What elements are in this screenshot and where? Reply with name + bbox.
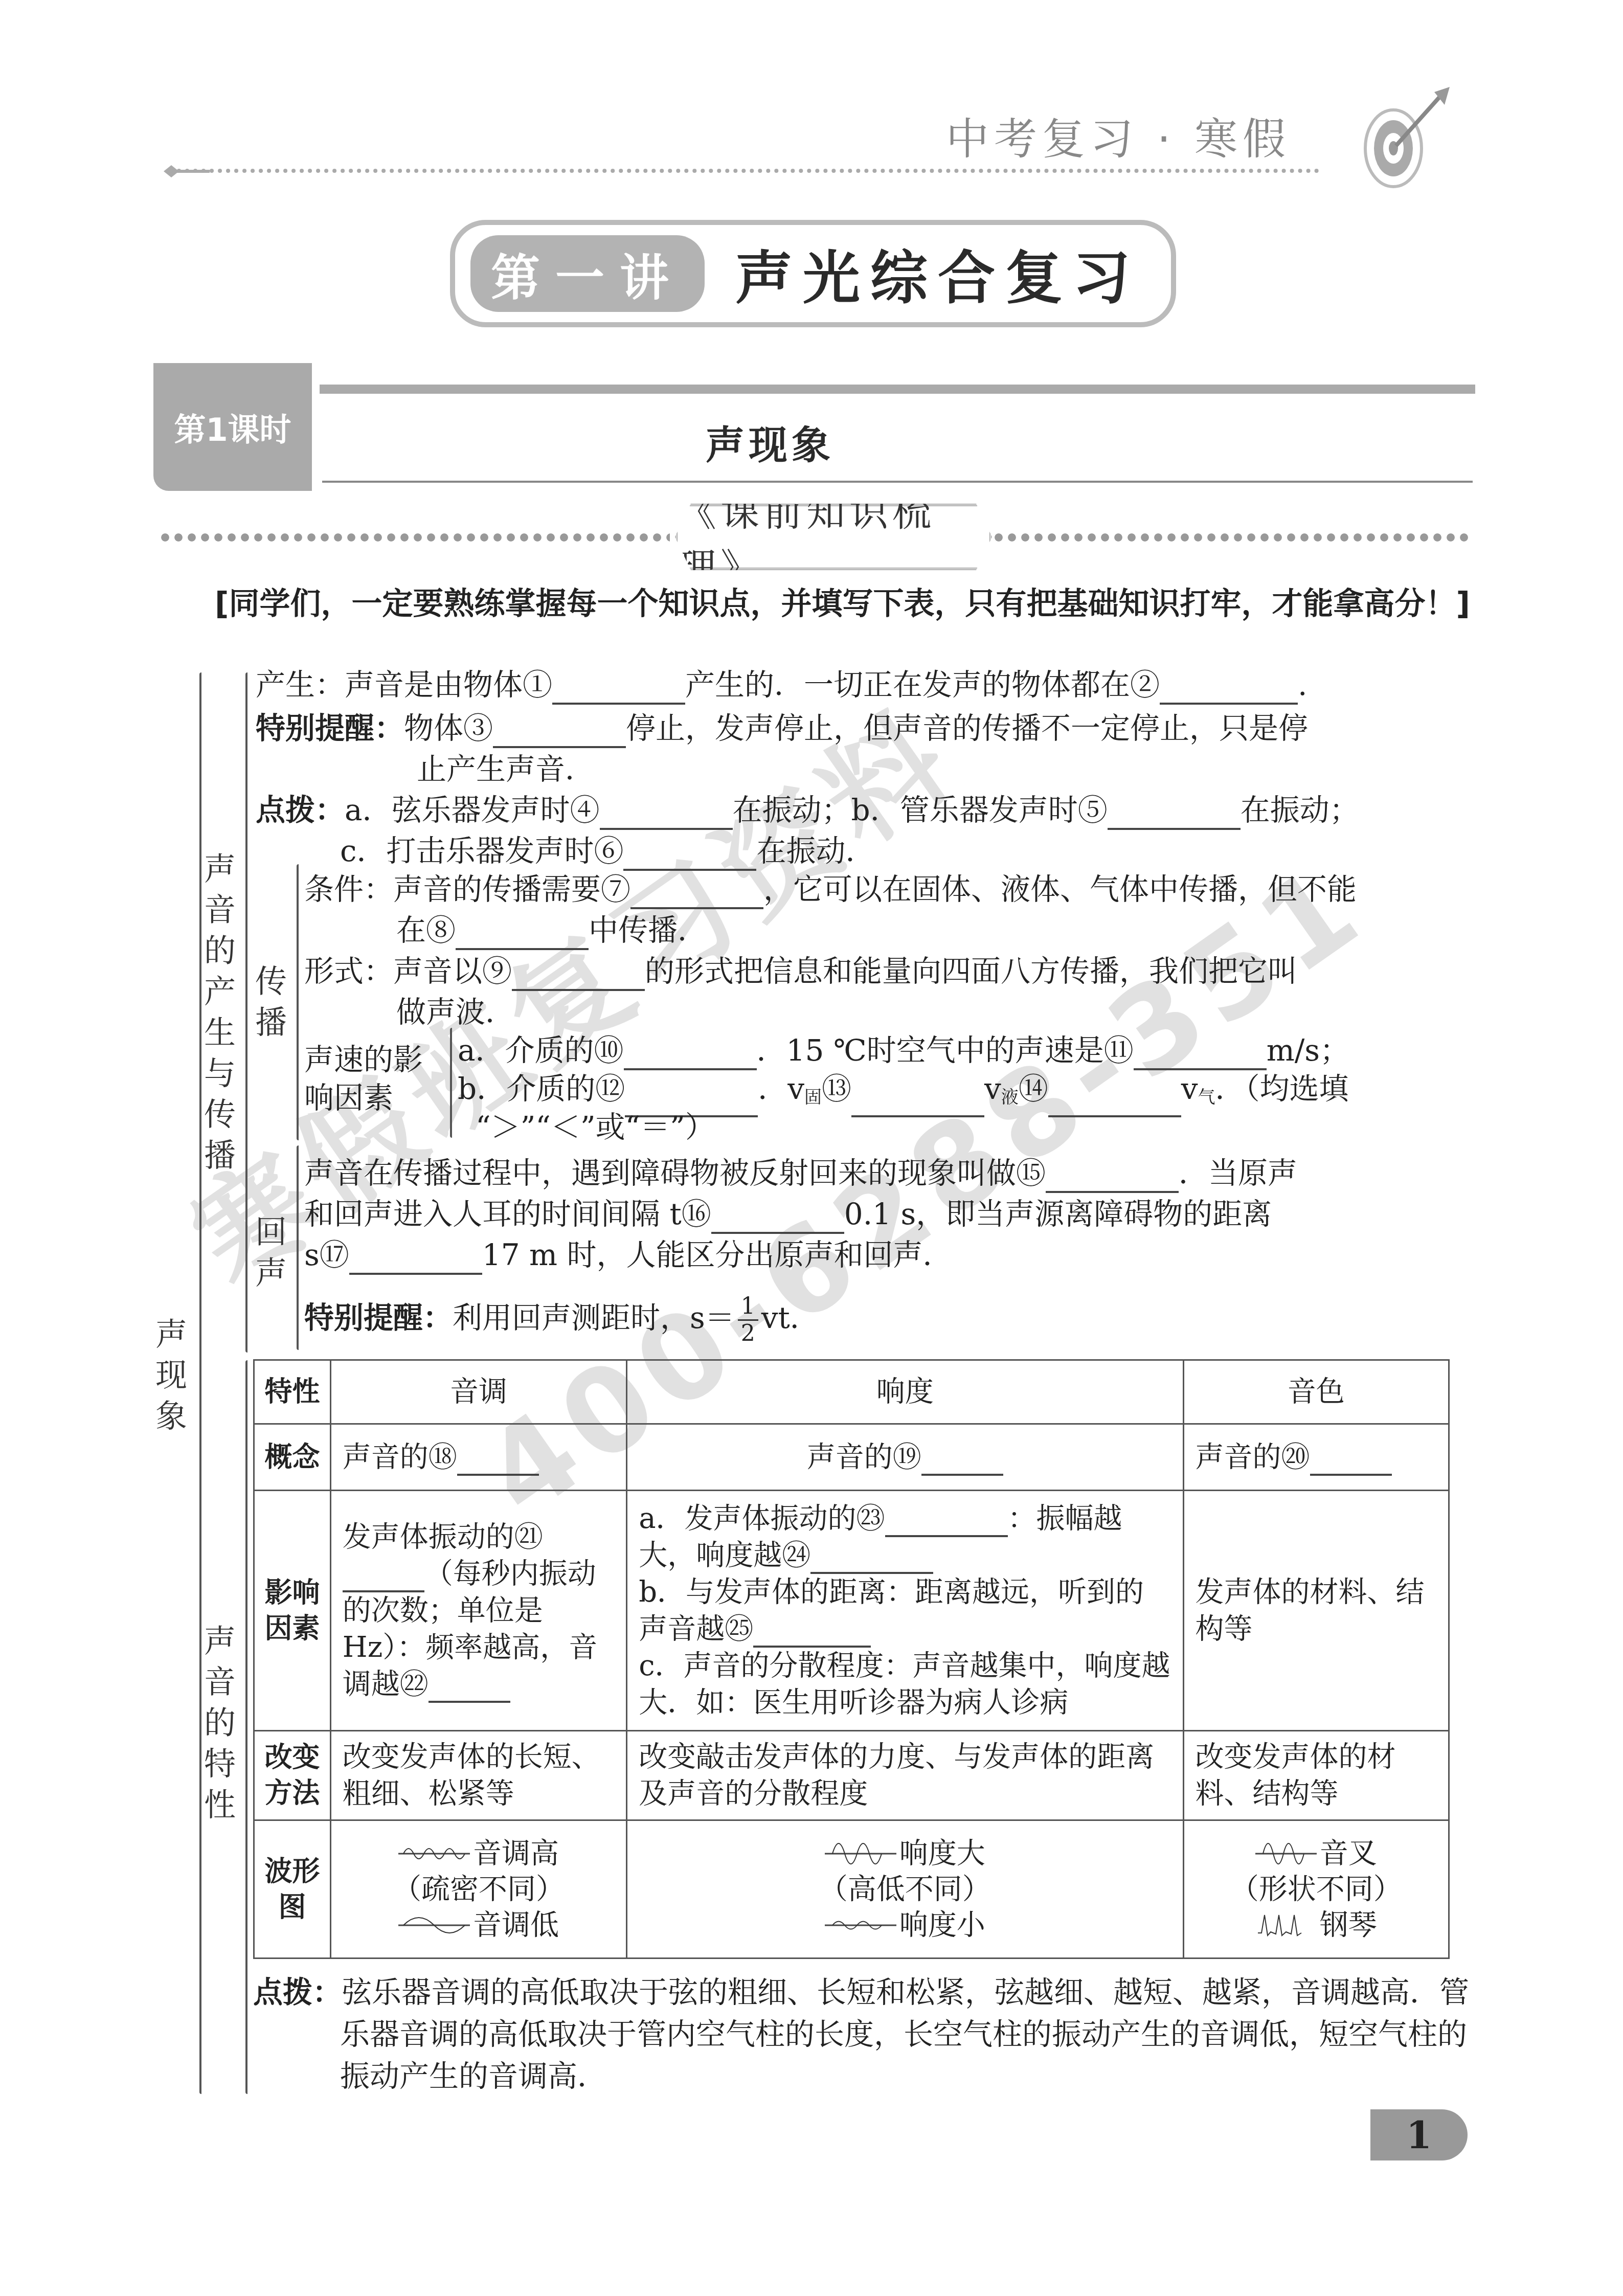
piano-wave-icon (1255, 1912, 1317, 1938)
chapter-title: 声光综合复习 (735, 233, 1140, 315)
header-cell: 音调 (330, 1360, 626, 1424)
table-cell: 发声体振动的㉑（每秒内振动的次数；单位是 Hz）：频率越高，音调越㉒ (330, 1491, 626, 1731)
header-dotted-rule (169, 169, 1319, 176)
produce-line: 产生：声音是由物体①产生的．一切正在发声的物体都在②. (256, 665, 1307, 705)
blank-4[interactable] (600, 799, 733, 830)
table-cell: 音叉 （形状不同） 钢琴 (1183, 1820, 1449, 1959)
branch2-label: 声音的特性 (202, 1621, 238, 1826)
row-label: 影响因素 (254, 1491, 331, 1731)
tip1-cont: c．打击乐器发声时⑥在振动． (340, 831, 875, 871)
table-cell: 声音的⑱ (330, 1424, 626, 1491)
section-dots-right (992, 531, 1473, 544)
table-cell: 声音的⑳ (1183, 1424, 1449, 1491)
blank-3[interactable] (493, 717, 626, 748)
form-cont: 做声波． (396, 992, 515, 1032)
blank-19[interactable] (921, 1445, 1003, 1476)
blank-6[interactable] (623, 840, 756, 871)
echo-a-line: 声音在传播过程中，遇到障碍物被反射回来的现象叫做⑮．当原声 (304, 1153, 1297, 1193)
speed-brace (450, 1028, 452, 1138)
echo-brace (297, 1145, 299, 1350)
table-row-methods: 改变方法 改变发声体的长短、粗细、松紧等 改变敲击发声体的力度、与发声体的距离及… (254, 1731, 1449, 1820)
blank-22[interactable] (429, 1672, 510, 1703)
header-cell: 音色 (1183, 1360, 1449, 1424)
table-cell: 发声体的材料、结构等 (1183, 1491, 1449, 1731)
sound-characteristics-table: 特性 音调 响度 音色 概念 声音的⑱ 声音的⑲ 声音的⑳ 影响因素 发声体振动… (253, 1359, 1450, 1959)
blank-23[interactable] (885, 1506, 1008, 1537)
speed-c-line: “＞”“＜”或“＝”） (476, 1107, 715, 1147)
row-label: 改变方法 (254, 1731, 331, 1820)
blank-15[interactable] (1046, 1162, 1179, 1193)
lesson-bar (320, 385, 1475, 394)
condition-cont: 在⑧中传播． (396, 910, 707, 950)
remind1-line: 特别提醒：物体③停止，发声停止，但声音的传播不一定停止，只是停 (256, 708, 1308, 748)
tip-text: 弦乐器音调的高低取决于弦的粗细、长短和松紧，弦越细、越短、越紧，音调越高．管乐器… (340, 1975, 1469, 2094)
blank-9[interactable] (512, 960, 645, 991)
table-cell: 响度大 （高低不同） 响度小 (627, 1820, 1183, 1959)
table-cell: 改变发声体的材料、结构等 (1183, 1731, 1449, 1820)
echo-b-line: 和回声进入人耳的时间间隔 t⑯0.1 s，即当声源离障碍物的距离 (304, 1194, 1272, 1234)
row-label: 概念 (254, 1424, 331, 1491)
tip1-line: 点拨：a．弦乐器发声时④在振动；b．管乐器发声时⑤在振动； (256, 790, 1359, 830)
blank-21[interactable] (343, 1562, 424, 1592)
lesson-title: 声现象 (706, 414, 835, 470)
blank-10[interactable] (624, 1040, 757, 1070)
header-cell: 特性 (254, 1360, 331, 1424)
loud-wave-icon (825, 1841, 896, 1866)
page-number: 1 (1370, 2109, 1468, 2160)
table-cell: 声音的⑲ (627, 1424, 1183, 1491)
blank-18[interactable] (457, 1445, 539, 1476)
branch2-brace (245, 1360, 247, 2094)
tip-block: 点拨：弦乐器音调的高低取决于弦的粗细、长短和松紧，弦越细、越短、越紧，音调越高．… (253, 1971, 1480, 2097)
table-cell: 改变敲击发声体的力度、与发声体的距离及声音的分散程度 (627, 1731, 1183, 1820)
lesson-tab-label: 第1课时 (174, 404, 291, 450)
branch1-brace (245, 672, 247, 1353)
blank-8[interactable] (456, 919, 589, 950)
echo-label: 回声 (253, 1212, 289, 1294)
target-arrow-icon (1350, 87, 1452, 194)
speed-a-line: a．介质的⑩．15 ℃时空气中的声速是⑪m/s； (458, 1030, 1349, 1070)
propagation-label: 传播 (253, 961, 289, 1043)
table-row-concept: 概念 声音的⑱ 声音的⑲ 声音的⑳ (254, 1424, 1449, 1491)
chapter-banner: 第一讲 声光综合复习 (450, 220, 1176, 327)
blank-1[interactable] (552, 674, 685, 705)
blank-13[interactable] (851, 1087, 984, 1117)
form-line: 形式：声音以⑨的形式把信息和能量向四面八方传播，我们把它叫 (304, 951, 1297, 991)
header-cell: 响度 (627, 1360, 1183, 1424)
chapter-badge: 第一讲 (470, 235, 705, 312)
table-cell: a．发声体振动的㉓：振幅越大，响度越㉔b．与发声体的距离：距离越远，听到的声音越… (627, 1491, 1183, 1731)
intro-instruction: [同学们，一定要熟练掌握每一个知识点，并填写下表，只有把基础知识打牢，才能拿高分… (153, 580, 1483, 627)
speed-label: 声速的影响因素 (304, 1041, 442, 1117)
root-label: 声现象 (153, 1314, 189, 1437)
echo-c-line: s⑰17 m 时，人能区分出原声和回声． (304, 1235, 952, 1275)
row-label: 波形图 (254, 1820, 331, 1959)
section-dots-left (159, 531, 670, 544)
table-header-row: 特性 音调 响度 音色 (254, 1360, 1449, 1424)
series-title: 中考复习 · 寒假 (946, 105, 1291, 167)
blank-5[interactable] (1108, 799, 1241, 830)
propagation-brace (297, 864, 299, 1140)
remind2-line: 特别提醒：利用回声测距时，s＝12vt． (304, 1294, 820, 1346)
condition-line: 条件：声音的传播需要⑦，它可以在固体、液体、气体中传播，但不能 (304, 869, 1357, 909)
blank-16[interactable] (711, 1203, 844, 1234)
blank-17[interactable] (349, 1244, 482, 1275)
lesson-tab: 第1课时 (153, 363, 312, 491)
section-banner: 《课前知识梳理》 (675, 504, 992, 570)
root-brace (199, 672, 201, 2094)
table-cell: 音调高 （疏密不同） 音调低 (330, 1820, 626, 1959)
table-row-factors: 影响因素 发声体振动的㉑（每秒内振动的次数；单位是 Hz）：频率越高，音调越㉒ … (254, 1491, 1449, 1731)
blank-25[interactable] (753, 1617, 871, 1648)
remind1-cont: 止产生声音． (417, 749, 595, 789)
high-pitch-wave-icon (398, 1843, 470, 1864)
table-cell: 改变发声体的长短、粗细、松紧等 (330, 1731, 626, 1820)
low-pitch-wave-icon (398, 1915, 470, 1935)
branch1-label: 声音的产生与传播 (202, 849, 238, 1176)
blank-24[interactable] (810, 1543, 933, 1574)
blank-14[interactable] (1048, 1087, 1181, 1117)
blank-20[interactable] (1310, 1445, 1392, 1476)
tuning-fork-wave-icon (1255, 1841, 1317, 1866)
section-title: 《课前知识梳理》 (678, 481, 989, 593)
blank-2[interactable] (1160, 674, 1298, 705)
tip-label: 点拨： (253, 1975, 342, 2010)
soft-wave-icon (825, 1915, 896, 1935)
lesson-rule (322, 481, 1473, 483)
blank-11[interactable] (1134, 1040, 1267, 1070)
blank-7[interactable] (630, 879, 763, 909)
table-row-waveforms: 波形图 音调高 （疏密不同） 音调低 响度大 （高低不同） 响度小 音叉 （形状… (254, 1820, 1449, 1959)
